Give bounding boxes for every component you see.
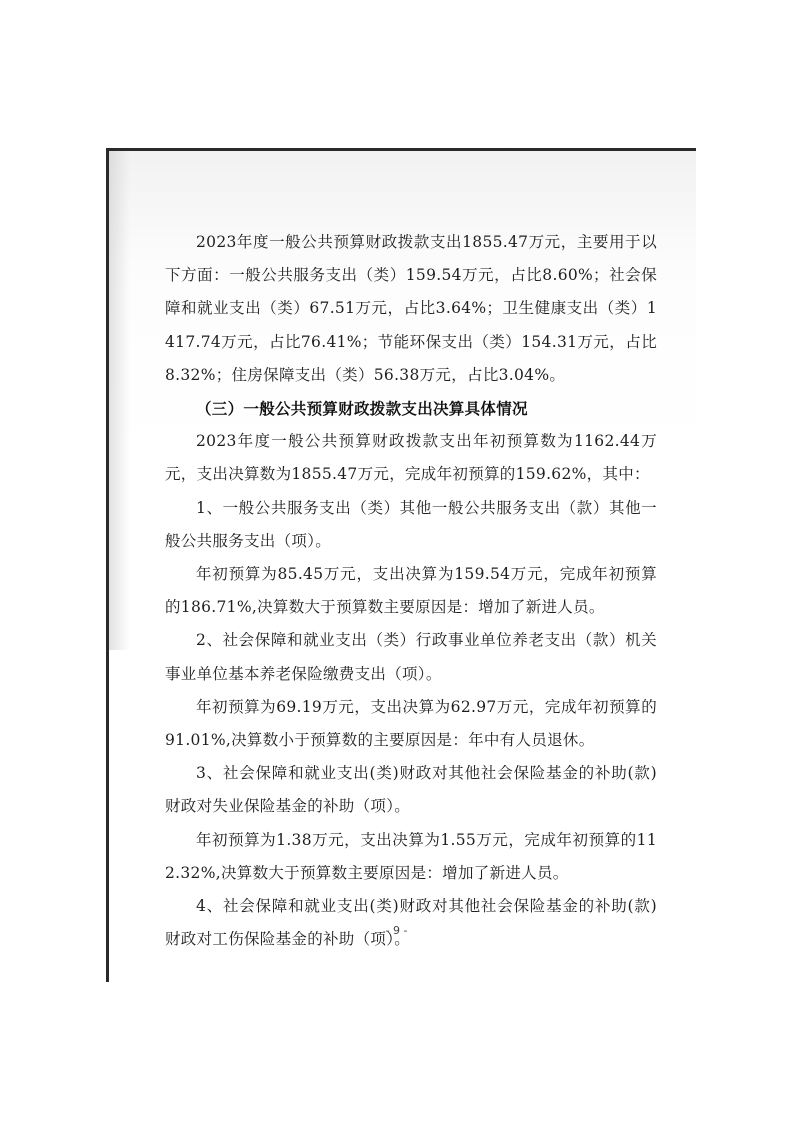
paragraph-item-3-title: 3、社会保障和就业支出(类)财政对其他社会保险基金的补助(款)财政对失业保险基金… xyxy=(165,757,657,823)
paragraph-item-2-title: 2、社会保障和就业支出（类）行政事业单位养老支出（款）机关事业单位基本养老保险缴… xyxy=(165,624,657,690)
page-border-top xyxy=(107,148,696,151)
page-number: - 9 - xyxy=(0,924,793,937)
paragraph-item-2-detail: 年初预算为69.19万元，支出决算为62.97万元，完成年初预算的91.01%,… xyxy=(165,691,657,757)
paragraph-item-1-title: 1、一般公共服务支出（类）其他一般公共服务支出（款）其他一般公共服务支出（项）。 xyxy=(165,492,657,558)
paragraph-item-3-detail: 年初预算为1.38万元，支出决算为1.55万元，完成年初预算的112.32%,决… xyxy=(165,824,657,890)
section-heading: （三）一般公共预算财政拨款支出决算具体情况 xyxy=(165,392,657,425)
paragraph-expenditure-summary: 2023年度一般公共预算财政拨款支出1855.47万元，主要用于以下方面：一般公… xyxy=(165,226,657,392)
paragraph-budget-overview: 2023年度一般公共预算财政拨款支出年初预算数为1162.44万元，支出决算数为… xyxy=(165,425,657,491)
scan-left-shade xyxy=(108,150,130,650)
page-border-left xyxy=(106,148,109,982)
paragraph-item-1-detail: 年初预算为85.45万元，支出决算为159.54万元，完成年初预算的186.71… xyxy=(165,558,657,624)
page-content: 2023年度一般公共预算财政拨款支出1855.47万元，主要用于以下方面：一般公… xyxy=(165,226,657,956)
